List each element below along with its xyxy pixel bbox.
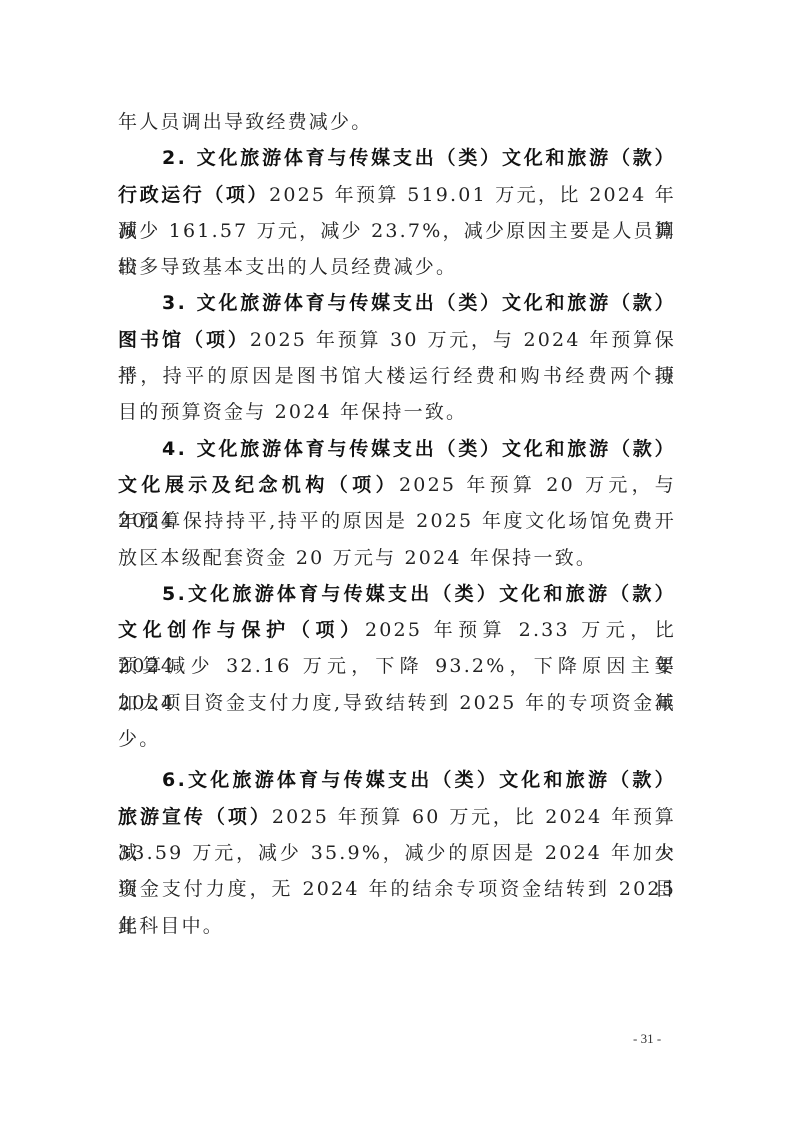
paragraph-line: 减少 161.57 万元，减少 23.7%，减少原因主要是人员调出 [118,213,676,249]
paragraph-line: 资金支付力度，无 2024 年的结余专项资金结转到 2025 年 [118,871,676,907]
section-item-6: 6.文化旅游体育与传媒支出（类）文化和旅游（款） 旅游宣传（项）2025 年预算… [118,762,676,943]
paragraph-line: 少。 [118,721,676,757]
section-heading: 2. 文化旅游体育与传媒支出（类）文化和旅游（款） [118,140,676,176]
section-item-2: 2. 文化旅游体育与传媒支出（类）文化和旅游（款） 行政运行（项）2025 年预… [118,140,676,285]
paragraph-line: 此科目中。 [118,908,676,944]
subject-label: 行政运行（项） [118,184,269,206]
section-heading: 5.文化旅游体育与传媒支出（类）文化和旅游（款） [118,576,676,612]
paragraph-line: 平，持平的原因是图书馆大楼运行经费和购书经费两个项 [118,358,676,394]
paragraph-line: 文化展示及纪念机构（项）2025 年预算 20 万元，与 2024 [118,467,676,503]
paragraph-line: 33.59 万元，减少 35.9%，减少的原因是 2024 年加大项目 [118,835,676,871]
paragraph-line: 行政运行（项）2025 年预算 519.01 万元，比 2024 年预算 [118,177,676,213]
paragraph-line: 图书馆（项）2025 年预算 30 万元，与 2024 年预算保持持 [118,322,676,358]
subject-label: 文化展示及纪念机构（项） [118,474,399,496]
continuation-line: 年人员调出导致经费减少。 [118,104,676,140]
document-body: 年人员调出导致经费减少。 2. 文化旅游体育与传媒支出（类）文化和旅游（款） 行… [118,104,676,944]
subject-label: 文化创作与保护（项） [118,619,365,641]
paragraph-line: 目的预算资金与 2024 年保持一致。 [118,394,676,430]
section-heading: 6.文化旅游体育与传媒支出（类）文化和旅游（款） [118,762,676,798]
paragraph-line: 放区本级配套资金 20 万元与 2024 年保持一致。 [118,540,676,576]
section-heading: 3. 文化旅游体育与传媒支出（类）文化和旅游（款） [118,285,676,321]
paragraph-line: 加大项目资金支付力度,导致结转到 2025 年的专项资金减 [118,685,676,721]
paragraph-line: 年预算保持持平,持平的原因是 2025 年度文化场馆免费开 [118,503,676,539]
paragraph-line: 文化创作与保护（项）2025 年预算 2.33 万元，比 2024 年 [118,612,676,648]
paragraph-line: 预算减少 32.16 万元，下降 93.2%，下降原因主要 2024 年 [118,648,676,684]
paragraph-line: 旅游宣传（项）2025 年预算 60 万元，比 2024 年预算减少 [118,799,676,835]
paragraph-line: 较多导致基本支出的人员经费减少。 [118,249,676,285]
section-item-3: 3. 文化旅游体育与传媒支出（类）文化和旅游（款） 图书馆（项）2025 年预算… [118,285,676,430]
subject-label: 旅游宣传（项） [118,806,272,828]
subject-label: 图书馆（项） [118,329,250,351]
section-heading: 4. 文化旅游体育与传媒支出（类）文化和旅游（款） [118,431,676,467]
section-item-5: 5.文化旅游体育与传媒支出（类）文化和旅游（款） 文化创作与保护（项）2025 … [118,576,676,757]
section-item-4: 4. 文化旅游体育与传媒支出（类）文化和旅游（款） 文化展示及纪念机构（项）20… [118,431,676,576]
page-number: - 31 - [633,1031,661,1047]
